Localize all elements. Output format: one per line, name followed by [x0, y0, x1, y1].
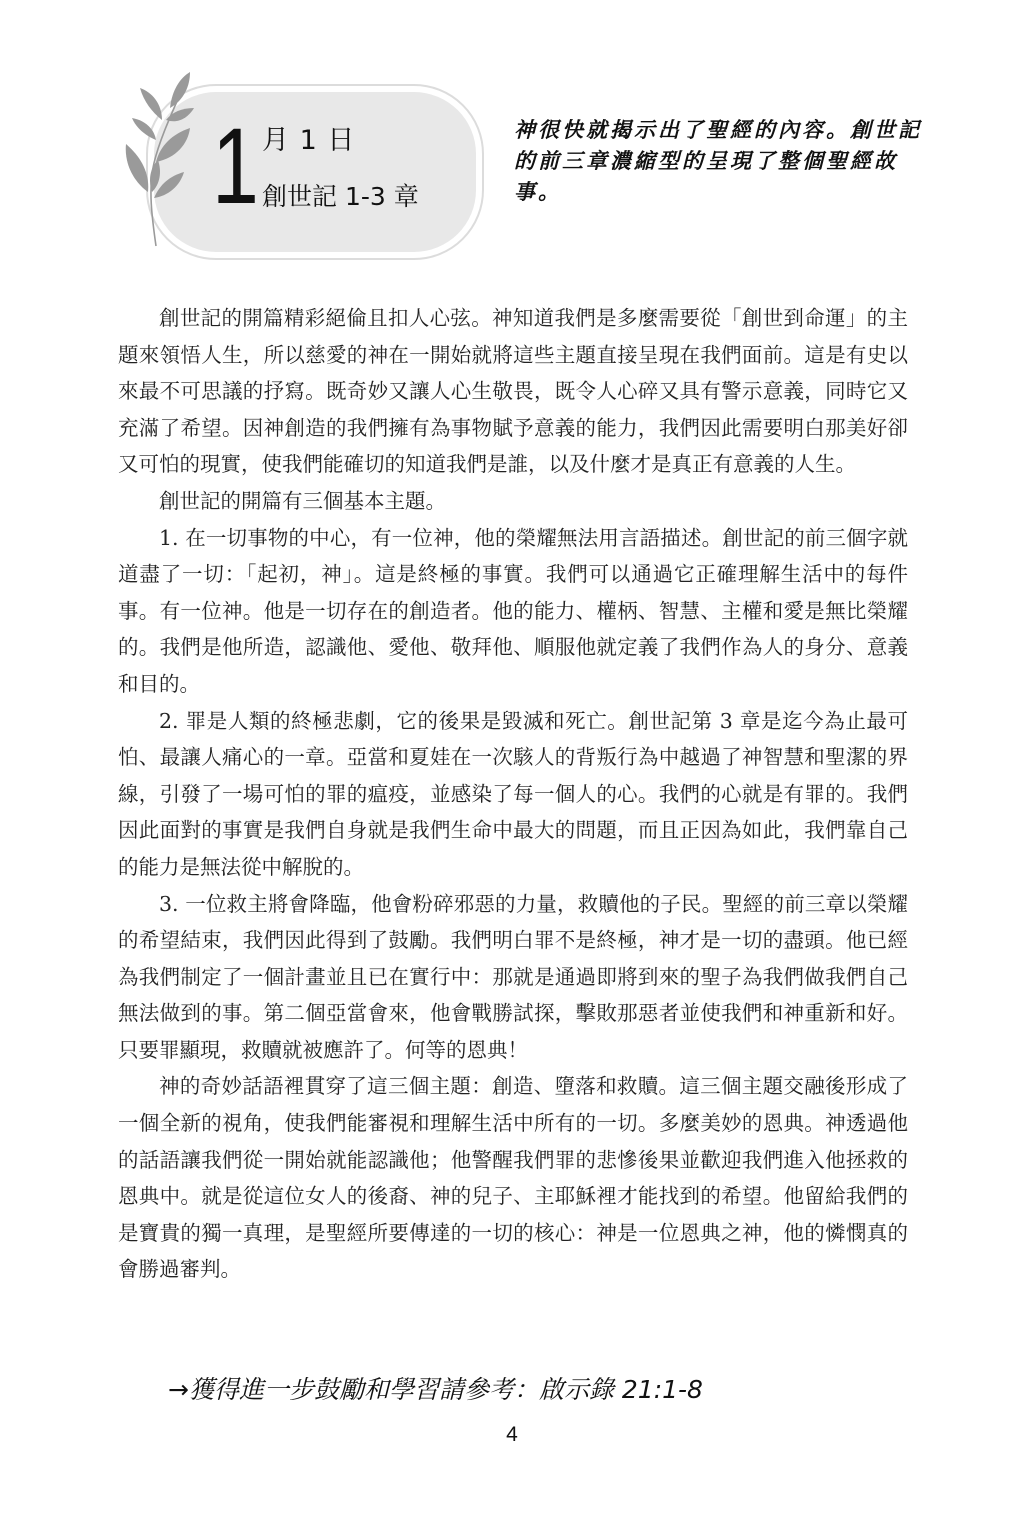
- paragraph-themes-intro: 創世記的開篇有三個基本主題。: [118, 483, 908, 520]
- summary-callout: 神很快就揭示出了聖經的內容。創世記的前三章濃縮型的呈現了整個聖經故事。: [514, 114, 924, 207]
- paragraph-intro: 創世記的開篇精彩絕倫且扣人心弦。神知道我們是多麼需要從「創世到命運」的主題來領悟…: [118, 300, 908, 483]
- month-day-label: 月 1 日: [262, 124, 355, 158]
- devotional-body: 創世記的開篇精彩絕倫且扣人心弦。神知道我們是多麼需要從「創世到命運」的主題來領悟…: [118, 300, 908, 1288]
- paragraph-theme-2: 2. 罪是人類的終極悲劇，它的後果是毀滅和死亡。創世記第 3 章是迄今為止最可怕…: [118, 703, 908, 886]
- paragraph-conclusion: 神的奇妙話語裡貫穿了這三個主題：創造、墮落和救贖。這三個主題交融後形成了一個全新…: [118, 1068, 908, 1288]
- further-reading-reference: →獲得進一步鼓勵和學習請參考：啟示錄 21:1-8: [168, 1372, 703, 1408]
- passage-label: 創世記 1-3 章: [262, 180, 419, 214]
- day-number: 1: [212, 112, 259, 220]
- badge-fill: [154, 92, 476, 252]
- page-number: 4: [0, 1420, 1024, 1450]
- paragraph-theme-1: 1. 在一切事物的中心，有一位神，他的榮耀無法用言語描述。創世記的前三個字就道盡…: [118, 520, 908, 703]
- leaf-branch-icon: [110, 68, 200, 248]
- paragraph-theme-3: 3. 一位救主將會降臨，他會粉碎邪惡的力量，救贖他的子民。聖經的前三章以榮耀的希…: [118, 886, 908, 1069]
